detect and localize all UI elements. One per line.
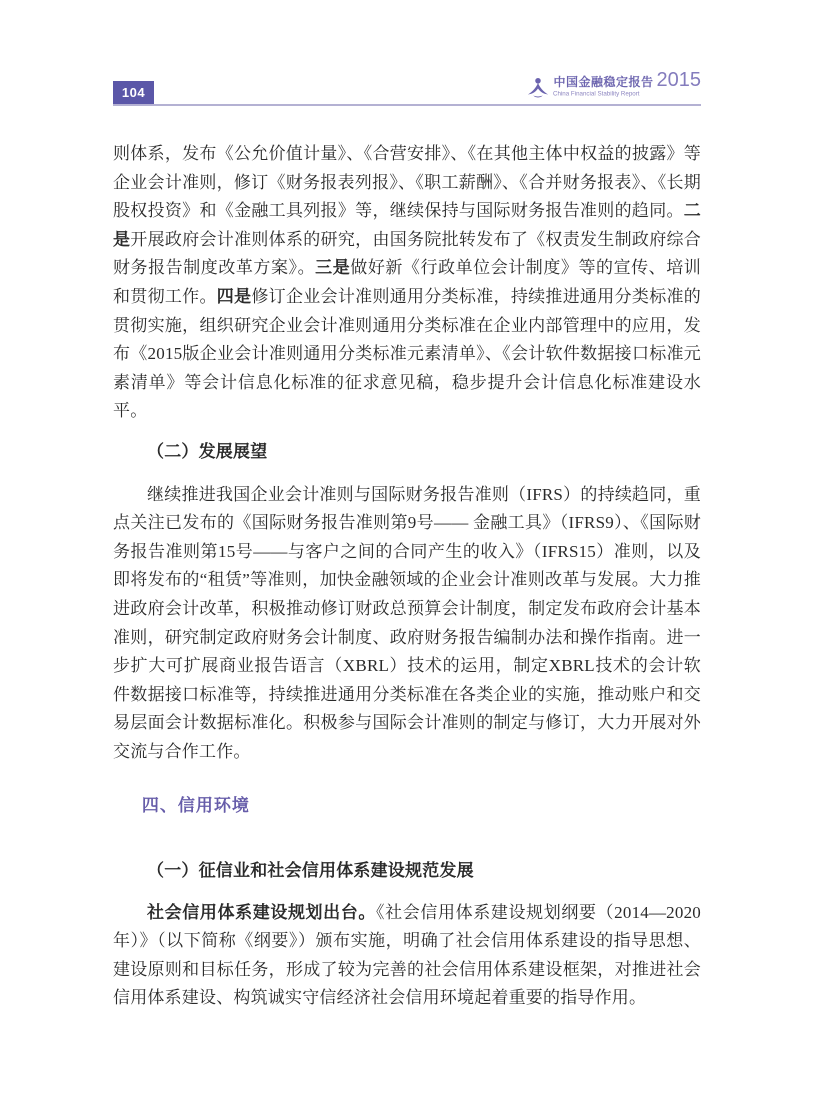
logo-year: 2015 <box>657 70 702 90</box>
logo-subtitle-en: China Financial Stability Report <box>553 91 644 97</box>
report-page: 104 中国金融稳定报告 2015 China Financial Stabil… <box>0 0 816 1100</box>
section-heading-credit-environment: 四、信用环境 <box>113 792 701 821</box>
subsection-heading-development-outlook: （二）发展展望 <box>113 438 701 467</box>
report-logo: 中国金融稳定报告 2015 China Financial Stability … <box>527 70 701 101</box>
paragraph-accounting-standards: 则体系，发布《公允价值计量》、《合营安排》、《在其他主体中权益的披露》等企业会计… <box>113 140 701 426</box>
paragraph-credit-plan: 社会信用体系建设规划出台。《社会信用体系建设规划纲要（2014—2020年）》（… <box>113 899 701 1013</box>
subsection-heading-credit-system: （一）征信业和社会信用体系建设规范发展 <box>113 857 701 886</box>
paragraph-development-outlook: 继续推进我国企业会计准则与国际财务报告准则（IFRS）的持续趋同，重点关注已发布… <box>113 481 701 767</box>
page-number-badge: 104 <box>113 81 154 104</box>
page-header: 104 中国金融稳定报告 2015 China Financial Stabil… <box>113 0 701 106</box>
logo-title-cn: 中国金融稳定报告 <box>553 76 653 88</box>
pboc-logo-icon <box>527 77 549 101</box>
body-column: 则体系，发布《公允价值计量》、《合营安排》、《在其他主体中权益的披露》等企业会计… <box>113 140 701 1013</box>
logo-text-block: 中国金融稳定报告 2015 China Financial Stability … <box>553 70 701 101</box>
